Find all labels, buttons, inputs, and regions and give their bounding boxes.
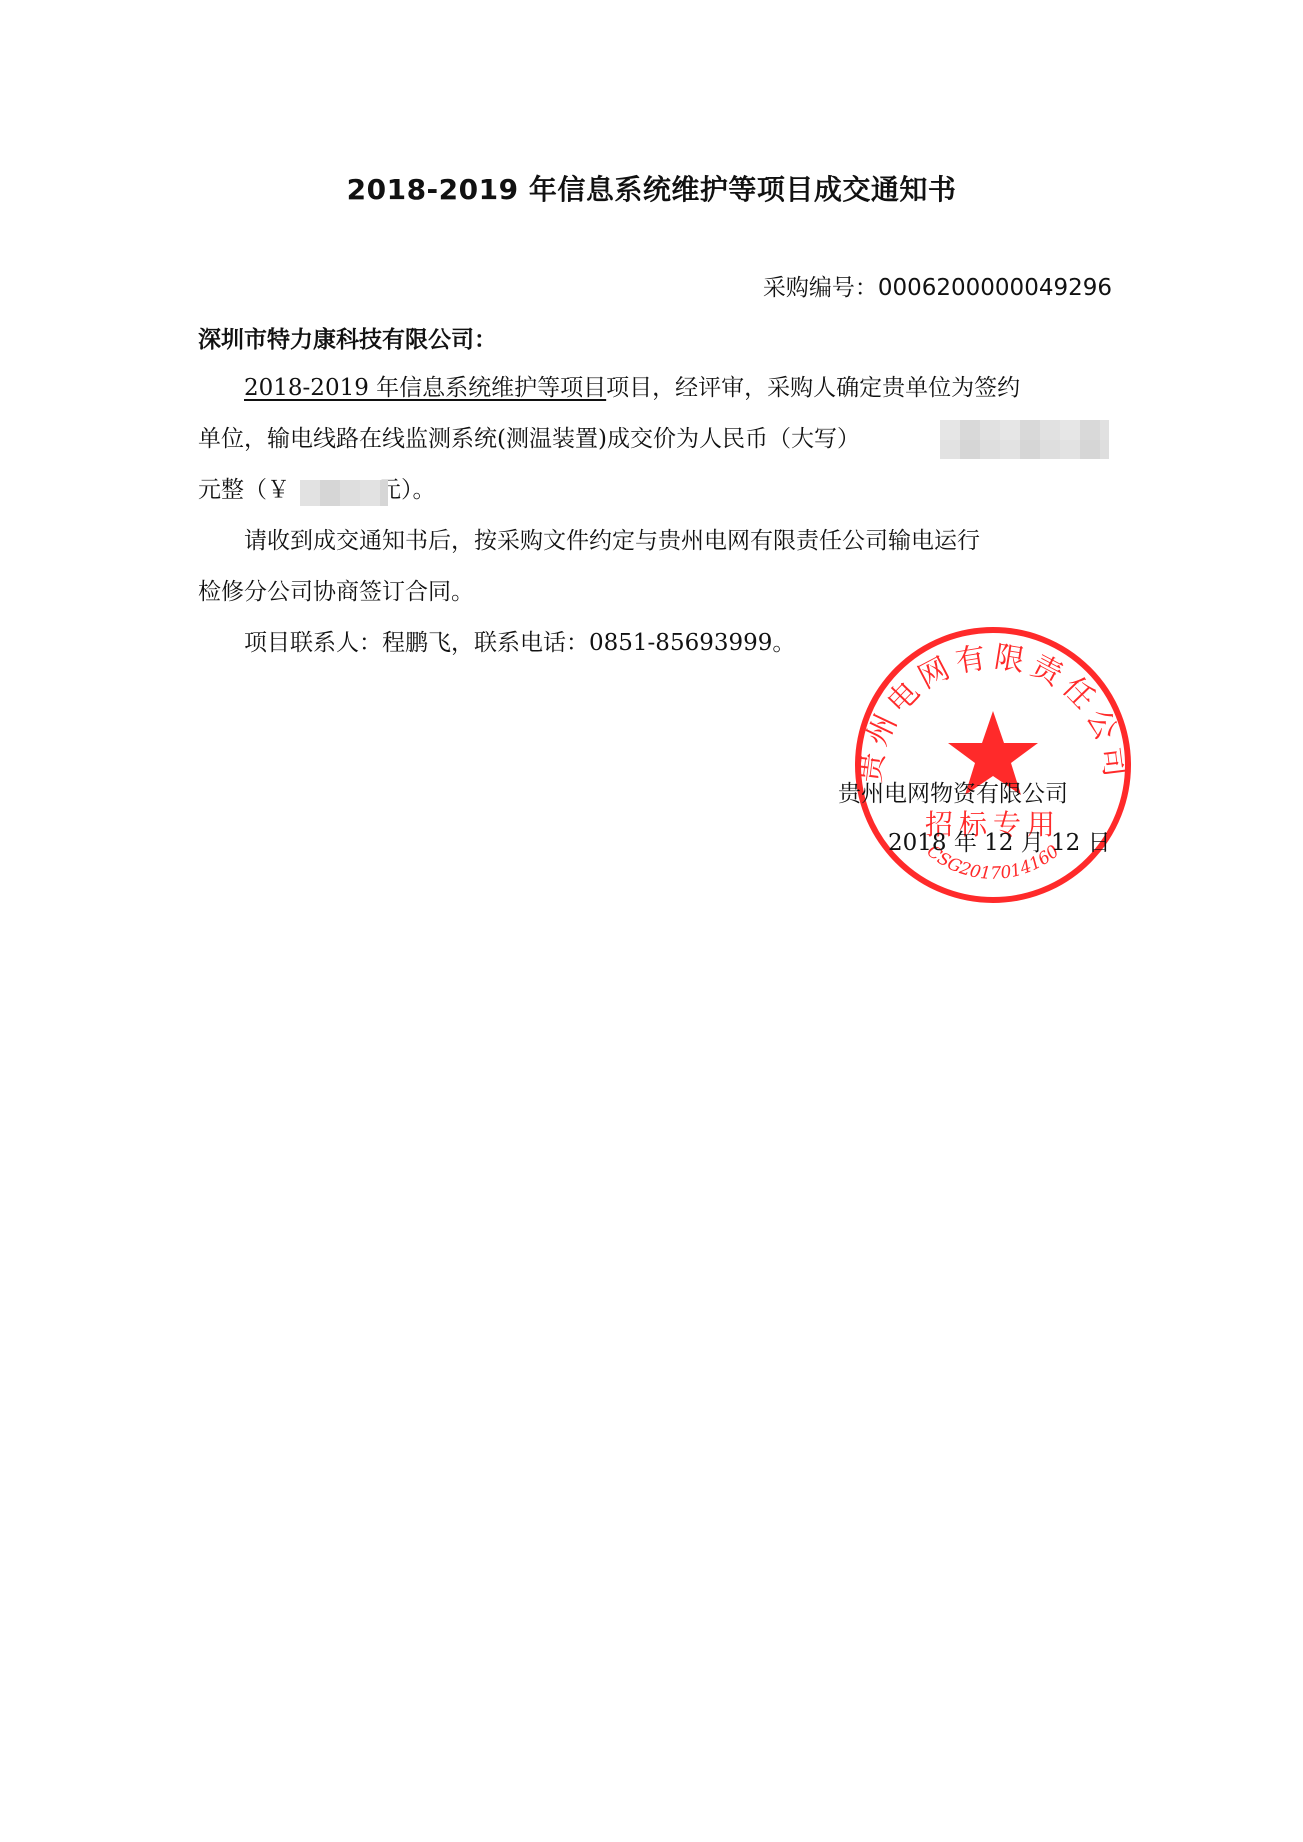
issue-date: 2018 年 12 月 12 日 xyxy=(888,827,1111,859)
procurement-number-value: 0006200000049296 xyxy=(878,275,1112,301)
redacted-amount-words xyxy=(940,420,1109,459)
paragraph-1-line-1: 2018-2019 年信息系统维护等项目项目，经评审，采购人确定贵单位为签约 xyxy=(244,372,1020,404)
contact-line: 项目联系人：程鹏飞，联系电话：0851-85693999。 xyxy=(244,627,795,659)
official-seal: 贵州电网有限责任公司 招标专用 CSG2017014160 xyxy=(853,626,1133,904)
paragraph-2-line-1: 请收到成交通知书后，按采购文件约定与贵州电网有限责任公司输电运行 xyxy=(244,525,980,557)
document-title: 2018-2019 年信息系统维护等项目成交通知书 xyxy=(0,170,1303,210)
paragraph-1-line-2: 单位，输电线路在线监测系统(测温装置)成交价为人民币（大写） xyxy=(198,423,860,455)
paragraph-2-line-2: 检修分公司协商签订合同。 xyxy=(198,576,474,608)
project-name: 2018-2019 年信息系统维护等项目 xyxy=(244,375,606,401)
paragraph-1-line-1-rest: 项目，经评审，采购人确定贵单位为签约 xyxy=(606,375,1020,401)
procurement-number-label: 采购编号： xyxy=(763,275,878,301)
procurement-number: 采购编号：0006200000049296 xyxy=(763,272,1112,304)
redacted-amount-figures xyxy=(300,480,388,506)
document-page: 2018-2019 年信息系统维护等项目成交通知书 采购编号：000620000… xyxy=(0,0,1303,1842)
addressee: 深圳市特力康科技有限公司： xyxy=(198,324,497,356)
amount-prefix: 元整（￥ xyxy=(198,477,290,503)
issuer-organization: 贵州电网物资有限公司 xyxy=(838,778,1068,810)
